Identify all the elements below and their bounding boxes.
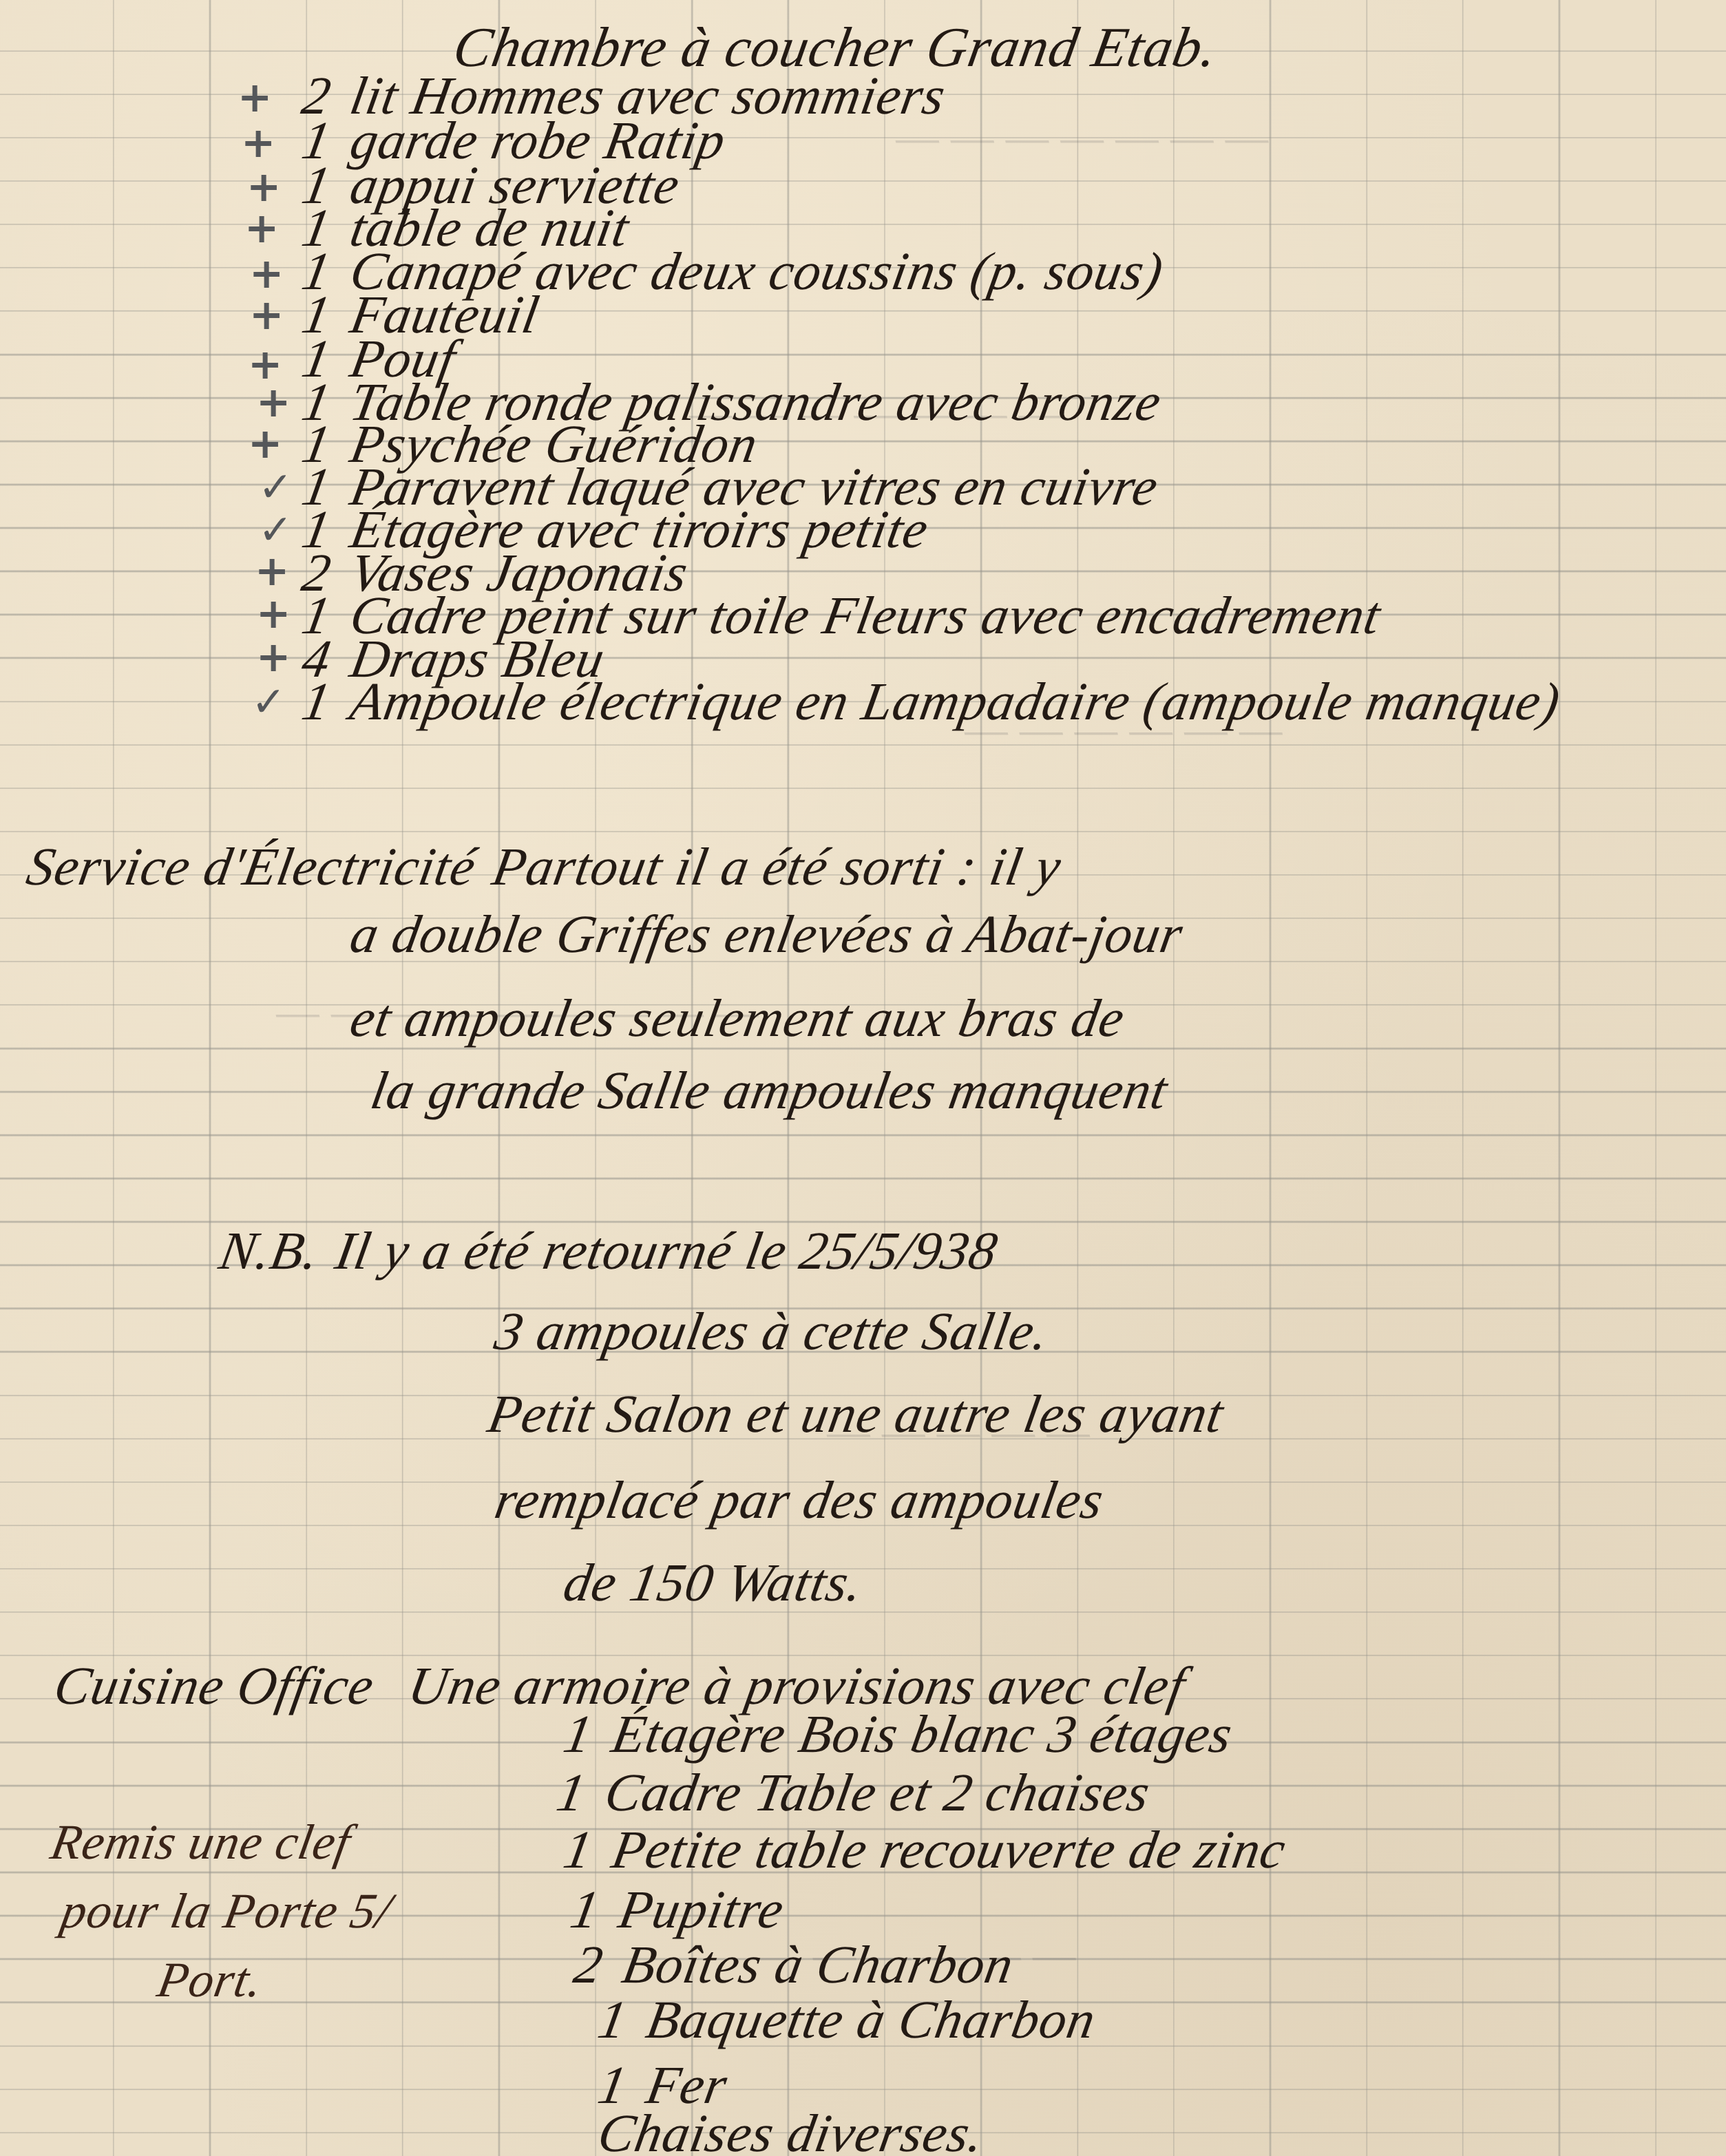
margin-note-line: pour la Porte 5/ [58, 1886, 396, 1936]
pencil-check-mark: + [249, 295, 284, 336]
pencil-check-mark: ✓ [251, 681, 286, 723]
nb-note-line: remplacé par des ampoules [491, 1473, 1108, 1527]
pencil-check-mark: + [249, 253, 284, 295]
pencil-check-mark: ✓ [258, 509, 293, 551]
pencil-check-mark: + [256, 382, 291, 423]
pencil-check-mark: + [248, 423, 282, 465]
pencil-check-mark: ✓ [258, 467, 293, 508]
bleed-through-text: — — — — — — — [889, 110, 1273, 165]
nb-note-line: Petit Salon et une autre les ayant [484, 1387, 1228, 1441]
electricity-paragraph-line: et ampoules seulement aux bras de [346, 991, 1128, 1045]
pencil-check-mark: + [241, 123, 275, 164]
pencil-check-mark: + [246, 167, 281, 208]
kitchen-item: Chaises diverses. [594, 2106, 988, 2156]
electricity-paragraph-line: a double Griffes enlevées à Abat-jour [346, 907, 1187, 961]
pencil-check-mark: + [244, 208, 279, 249]
kitchen-item: 1Étagère Bois blanc 3 étages [560, 1707, 1236, 1761]
pencil-check-mark: + [255, 551, 289, 592]
kitchen-item: 2Boîtes à Charbon [570, 1938, 1018, 1991]
handwritten-page: — — — — — — — — — — — — — — — — — — — — … [0, 0, 1726, 2156]
section-label: Cuisine Office [50, 1656, 379, 1715]
pencil-check-mark: + [238, 77, 272, 118]
nb-note-line: de 150 Watts. [560, 1556, 867, 1609]
electricity-paragraph-line: Service d'ÉlectricitéPartout il a été so… [23, 840, 1065, 894]
nb-label: N.B. [215, 1220, 324, 1280]
kitchen-item: 1Cadre Table et 2 chaises [553, 1766, 1154, 1819]
pencil-check-mark: + [256, 593, 291, 635]
kitchen-item: 1Petite table recouverte de zinc [560, 1823, 1290, 1877]
electricity-paragraph-line: la grande Salle ampoules manquent [367, 1064, 1172, 1117]
kitchen-item: 1Pupitre [567, 1883, 788, 1936]
margin-note-line: Remis une clef [48, 1817, 355, 1867]
section-label: Service d'Électricité [22, 836, 481, 896]
nb-note-line: 3 ampoules à cette Salle. [491, 1304, 1053, 1358]
nb-note-line: N.B.Il y a été retourné le 25/5/938 [215, 1224, 1002, 1278]
inventory-item: 1Ampoule électrique en Lampadaire (ampou… [298, 675, 1564, 728]
pencil-check-mark: + [256, 637, 291, 678]
margin-note-line: Port. [154, 1955, 267, 2005]
kitchen-item: 1Baquette à Charbon [594, 1993, 1099, 2047]
